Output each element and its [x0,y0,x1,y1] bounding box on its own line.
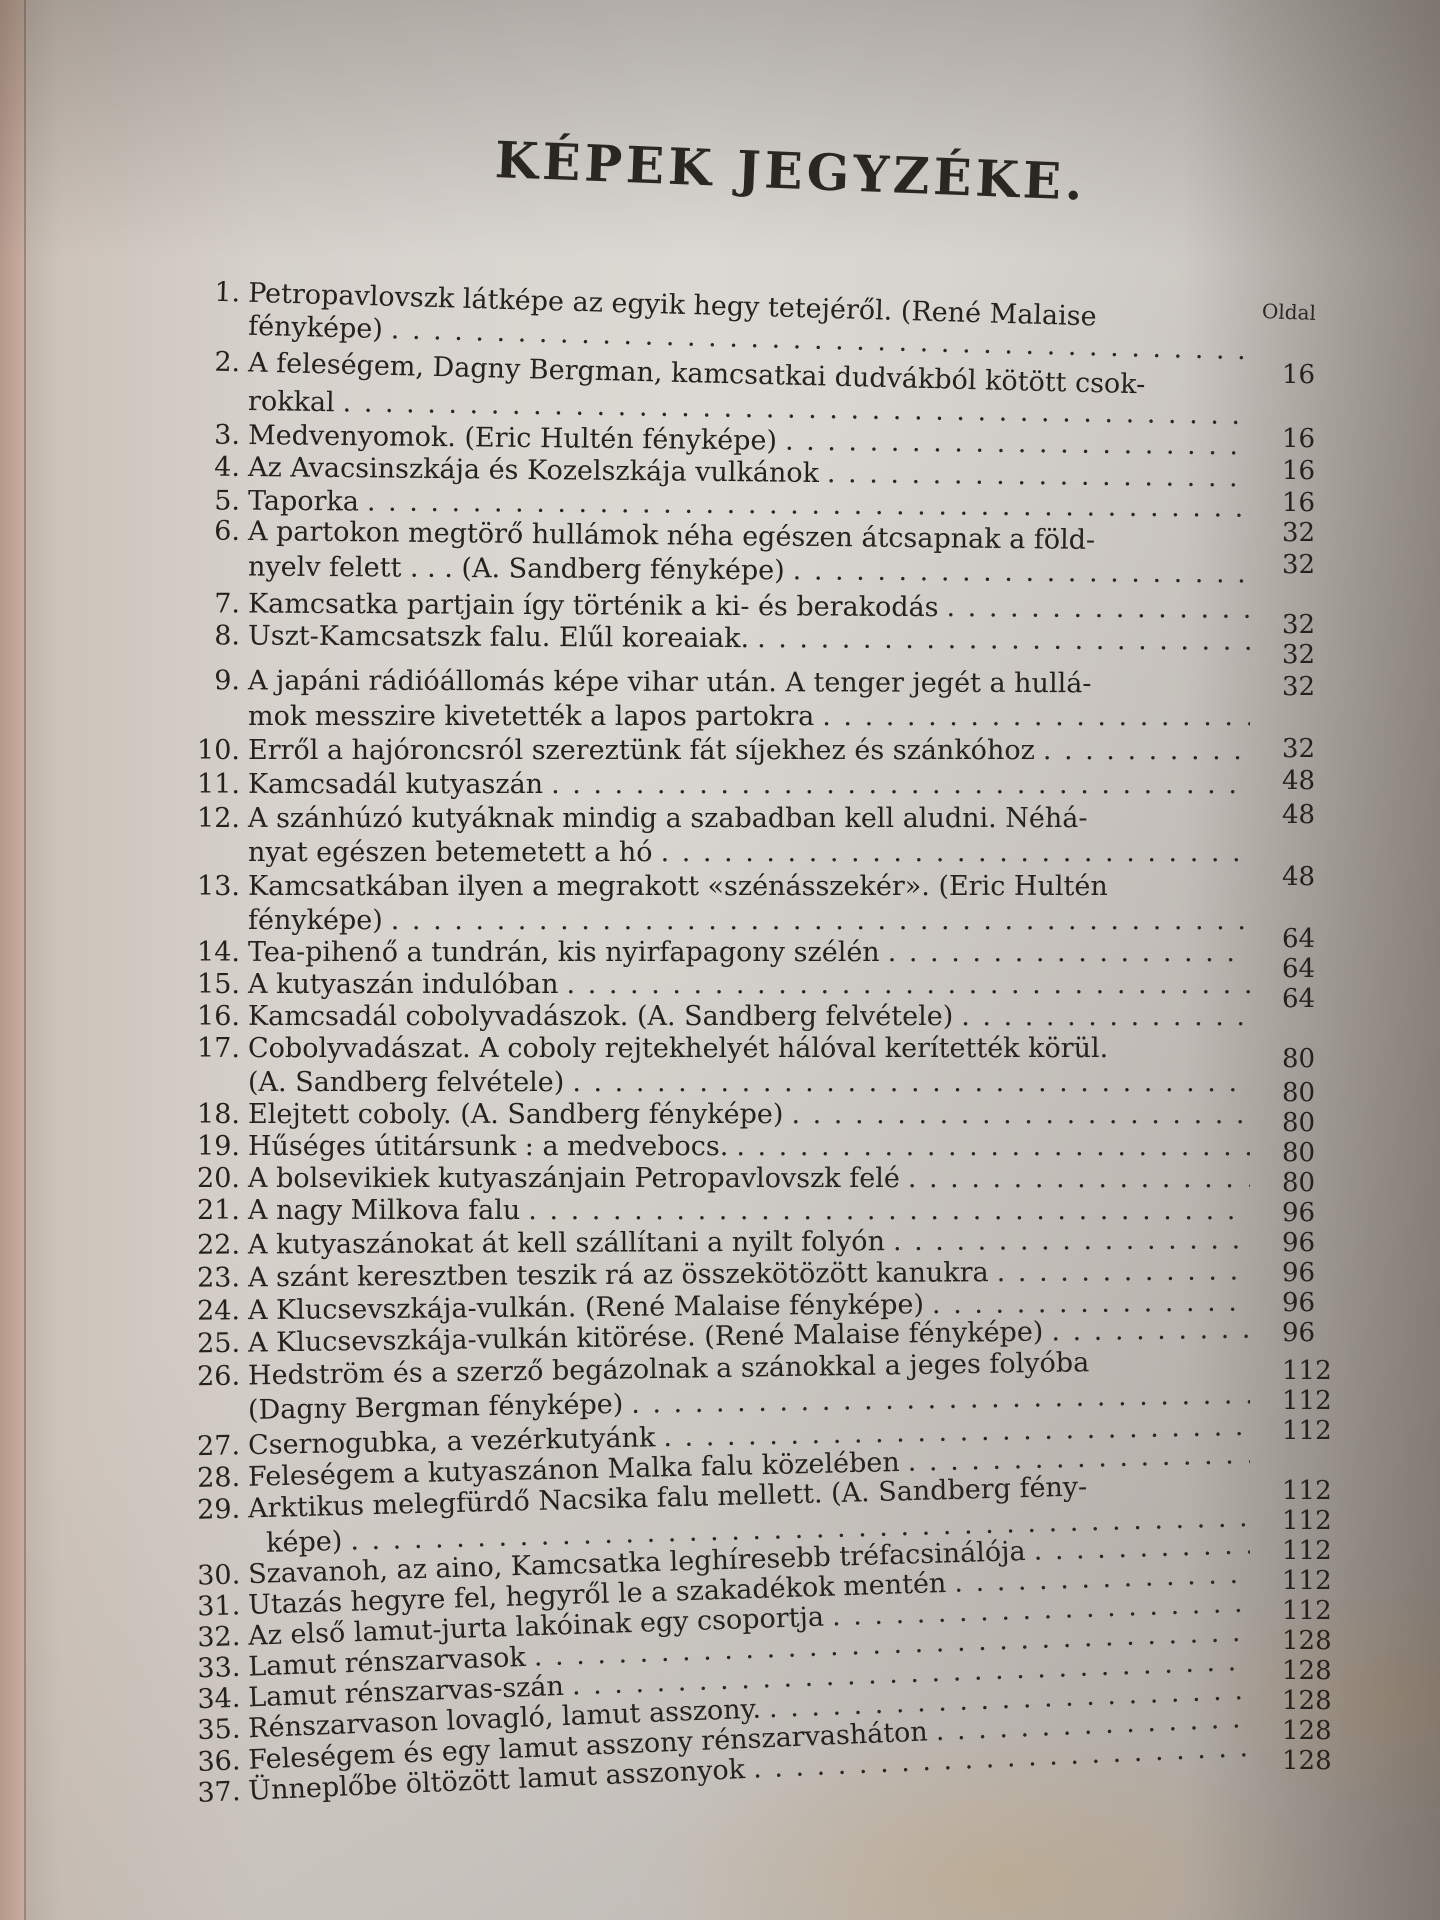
page-number: 32 [1282,518,1315,548]
dot-leader [757,622,1250,659]
page-number: 112 [1282,1566,1332,1596]
page-number: 32 [1282,610,1315,640]
dot-leader [822,700,1250,734]
page-number: 128 [1282,1626,1332,1656]
page-number: 80 [1282,1138,1315,1168]
dot-leader [1043,734,1250,768]
entry-text: nyelv felett . . . (A. Sandberg fényképe… [248,551,785,589]
entry-number: 35. [196,1713,241,1749]
page-number: 16 [1282,424,1315,454]
entry-number: 25. [196,1327,240,1362]
dot-leader [946,591,1250,627]
entry-text: A szánhúzó kutyáknak mindig a szabadban … [248,802,1088,836]
list-item: 15. A kutyaszán indulóban [196,968,1250,1002]
entry-number: 37. [196,1775,241,1811]
list-item: 11. Kamcsadál kutyaszán [196,768,1250,802]
dot-leader [661,836,1250,870]
page-number: 48 [1282,800,1315,830]
entry-text: A bolsevikiek kutyaszánjain Petropavlovs… [248,1162,900,1196]
page-number: 96 [1282,1258,1315,1288]
list-item: 16. Kamcsadál cobolyvadászok. (A. Sandbe… [196,1000,1250,1034]
list-item: 20. A bolsevikiek kutyaszánjain Petropav… [196,1162,1250,1196]
entry-number: 23. [196,1261,240,1295]
page-number: 112 [1282,1356,1332,1386]
entry-text: (Dagny Bergman fényképe) [248,1388,624,1428]
entry-text: A nagy Milkova falu [248,1194,520,1228]
dot-leader [551,768,1250,802]
list-item: 21. A nagy Milkova falu [196,1194,1250,1228]
entry-text: rokkal [248,385,335,420]
entry-number: 4. [196,450,240,484]
entry-number: 11. [196,768,240,802]
page-number: 32 [1282,640,1315,670]
entry-number: 10. [196,734,240,768]
entry-text: A japáni rádióállomás képe vihar után. A… [248,664,1092,701]
entry-number: 15. [196,968,240,1002]
page-number: 32 [1282,550,1315,580]
entry-text: fényképe) [248,904,383,938]
entry-number: 1. [196,275,241,310]
page-number: 32 [1282,672,1315,702]
entry-number: 8. [196,619,240,653]
dot-leader [736,1130,1250,1164]
entry-number: 28. [196,1461,241,1496]
page-number: 128 [1282,1716,1332,1746]
entry-number: 5. [196,484,240,518]
entry-number: 9. [196,664,240,698]
entry-number: 14. [196,936,240,970]
list-item-continuation: mok messzire kivetették a lapos partokra [248,700,1250,734]
dot-leader [997,1254,1251,1290]
entry-number: 27. [196,1429,241,1464]
list-of-illustrations: 1. Petropavlovszk látképe az egyik hegy … [0,0,1440,1920]
entry-text: Erről a hajóroncsról szereztünk fát síje… [248,734,1035,768]
page-number: 128 [1282,1656,1332,1686]
page-number: 128 [1282,1746,1332,1776]
entry-number: 12. [196,802,240,836]
entry-number: 2. [196,345,241,380]
page-number: 16 [1282,360,1315,390]
entry-number: 13. [196,870,240,904]
entry-number: 22. [196,1229,240,1263]
entry-text: Uszt-Kamcsatszk falu. Elűl koreaiak. [248,620,749,657]
entry-text: Kamcsadál cobolyvadászok. (A. Sandberg f… [248,1000,953,1034]
entry-number: 29. [196,1493,241,1528]
list-item: 9. A japáni rádióállomás képe vihar után… [196,664,1250,702]
dot-leader [791,1098,1250,1132]
list-item: 17. Cobolyvadászat. A coboly rejtekhelyé… [196,1032,1250,1066]
book-page: KÉPEK JEGYZÉKE. Oldal 1. Petropavlovszk … [0,0,1440,1920]
list-item: 8. Uszt-Kamcsatszk falu. Elűl koreaiak. [196,619,1250,659]
page-number: 128 [1282,1686,1332,1716]
dot-leader [961,1000,1250,1034]
page-number: 96 [1282,1228,1315,1258]
dot-leader [888,936,1250,970]
entry-text: (A. Sandberg felvétele) [248,1066,564,1100]
list-item-continuation: (A. Sandberg felvétele) [248,1066,1250,1100]
entry-text: A kutyaszán indulóban [248,968,559,1002]
page-number: 16 [1282,456,1315,486]
page-number: 96 [1282,1198,1315,1228]
page-number: 32 [1282,734,1315,764]
entry-number: 3. [196,418,240,452]
page-number: 80 [1282,1168,1315,1198]
entry-number: 6. [196,514,240,548]
page-number: 96 [1282,1318,1315,1348]
dot-leader [567,968,1250,1002]
list-item-continuation: nyat egészen betemetett a hó [248,836,1250,870]
entry-number: 19. [196,1130,240,1164]
entry-text: Kamcsadál kutyaszán [248,768,543,802]
entry-text: nyat egészen betemetett a hó [248,836,653,870]
page-number: 112 [1282,1476,1332,1506]
page-number: 112 [1282,1506,1332,1536]
entry-text: Tea-pihenő a tundrán, kis nyirfapagony s… [248,936,880,970]
page-number: 80 [1282,1108,1315,1138]
entry-number: 30. [196,1558,241,1593]
page-number: 80 [1282,1044,1315,1074]
entry-text: Elejtett coboly. (A. Sandberg fényképe) [248,1098,783,1132]
page-number: 48 [1282,766,1315,796]
list-item-continuation: fényképe) [248,904,1250,938]
page-number: 48 [1282,862,1315,892]
dot-leader [793,554,1251,591]
list-item: 10. Erről a hajóroncsról szereztünk fát … [196,734,1250,768]
entry-number: 21. [196,1194,240,1228]
list-item: 13. Kamcsatkában ilyen a megrakott «szén… [196,870,1250,904]
list-item: 18. Elejtett coboly. (A. Sandberg fényké… [196,1098,1250,1132]
page-number: 112 [1282,1596,1332,1626]
entry-number: 16. [196,1000,240,1034]
page-number: 64 [1282,924,1315,954]
entry-number: 18. [196,1098,240,1132]
dot-leader [391,904,1250,938]
dot-leader [572,1066,1250,1100]
list-item-continuation: nyelv felett . . . (A. Sandberg fényképe… [248,551,1250,592]
page-number: 112 [1282,1386,1332,1416]
entry-number: 26. [196,1360,241,1395]
page-number: 80 [1282,1078,1315,1108]
entry-text: mok messzire kivetették a lapos partokra [248,700,814,734]
list-item: 19. Hűséges útitársunk : a medvebocs. [196,1130,1250,1164]
page-number: 96 [1282,1288,1315,1318]
entry-text: Hűséges útitársunk : a medvebocs. [248,1130,728,1164]
entry-text: fényképe) [248,310,384,347]
list-item: 12. A szánhúzó kutyáknak mindig a szabad… [196,802,1250,836]
page-number: 112 [1282,1536,1332,1566]
entry-number: 24. [196,1294,240,1328]
page-number: 112 [1282,1416,1332,1446]
page-number: 64 [1282,954,1315,984]
entry-number: 17. [196,1032,240,1066]
entry-text: Kamcsatkában ilyen a megrakott «szénássz… [248,870,1108,904]
dot-leader [908,1162,1250,1196]
entry-text: Cobolyvadászat. A coboly rejtekhelyét há… [248,1032,1108,1066]
list-item: 14. Tea-pihenő a tundrán, kis nyirfapago… [196,936,1250,970]
page-number: 64 [1282,984,1315,1014]
entry-number: 7. [196,587,240,621]
page-number: 16 [1282,488,1315,518]
entry-number: 20. [196,1162,240,1196]
